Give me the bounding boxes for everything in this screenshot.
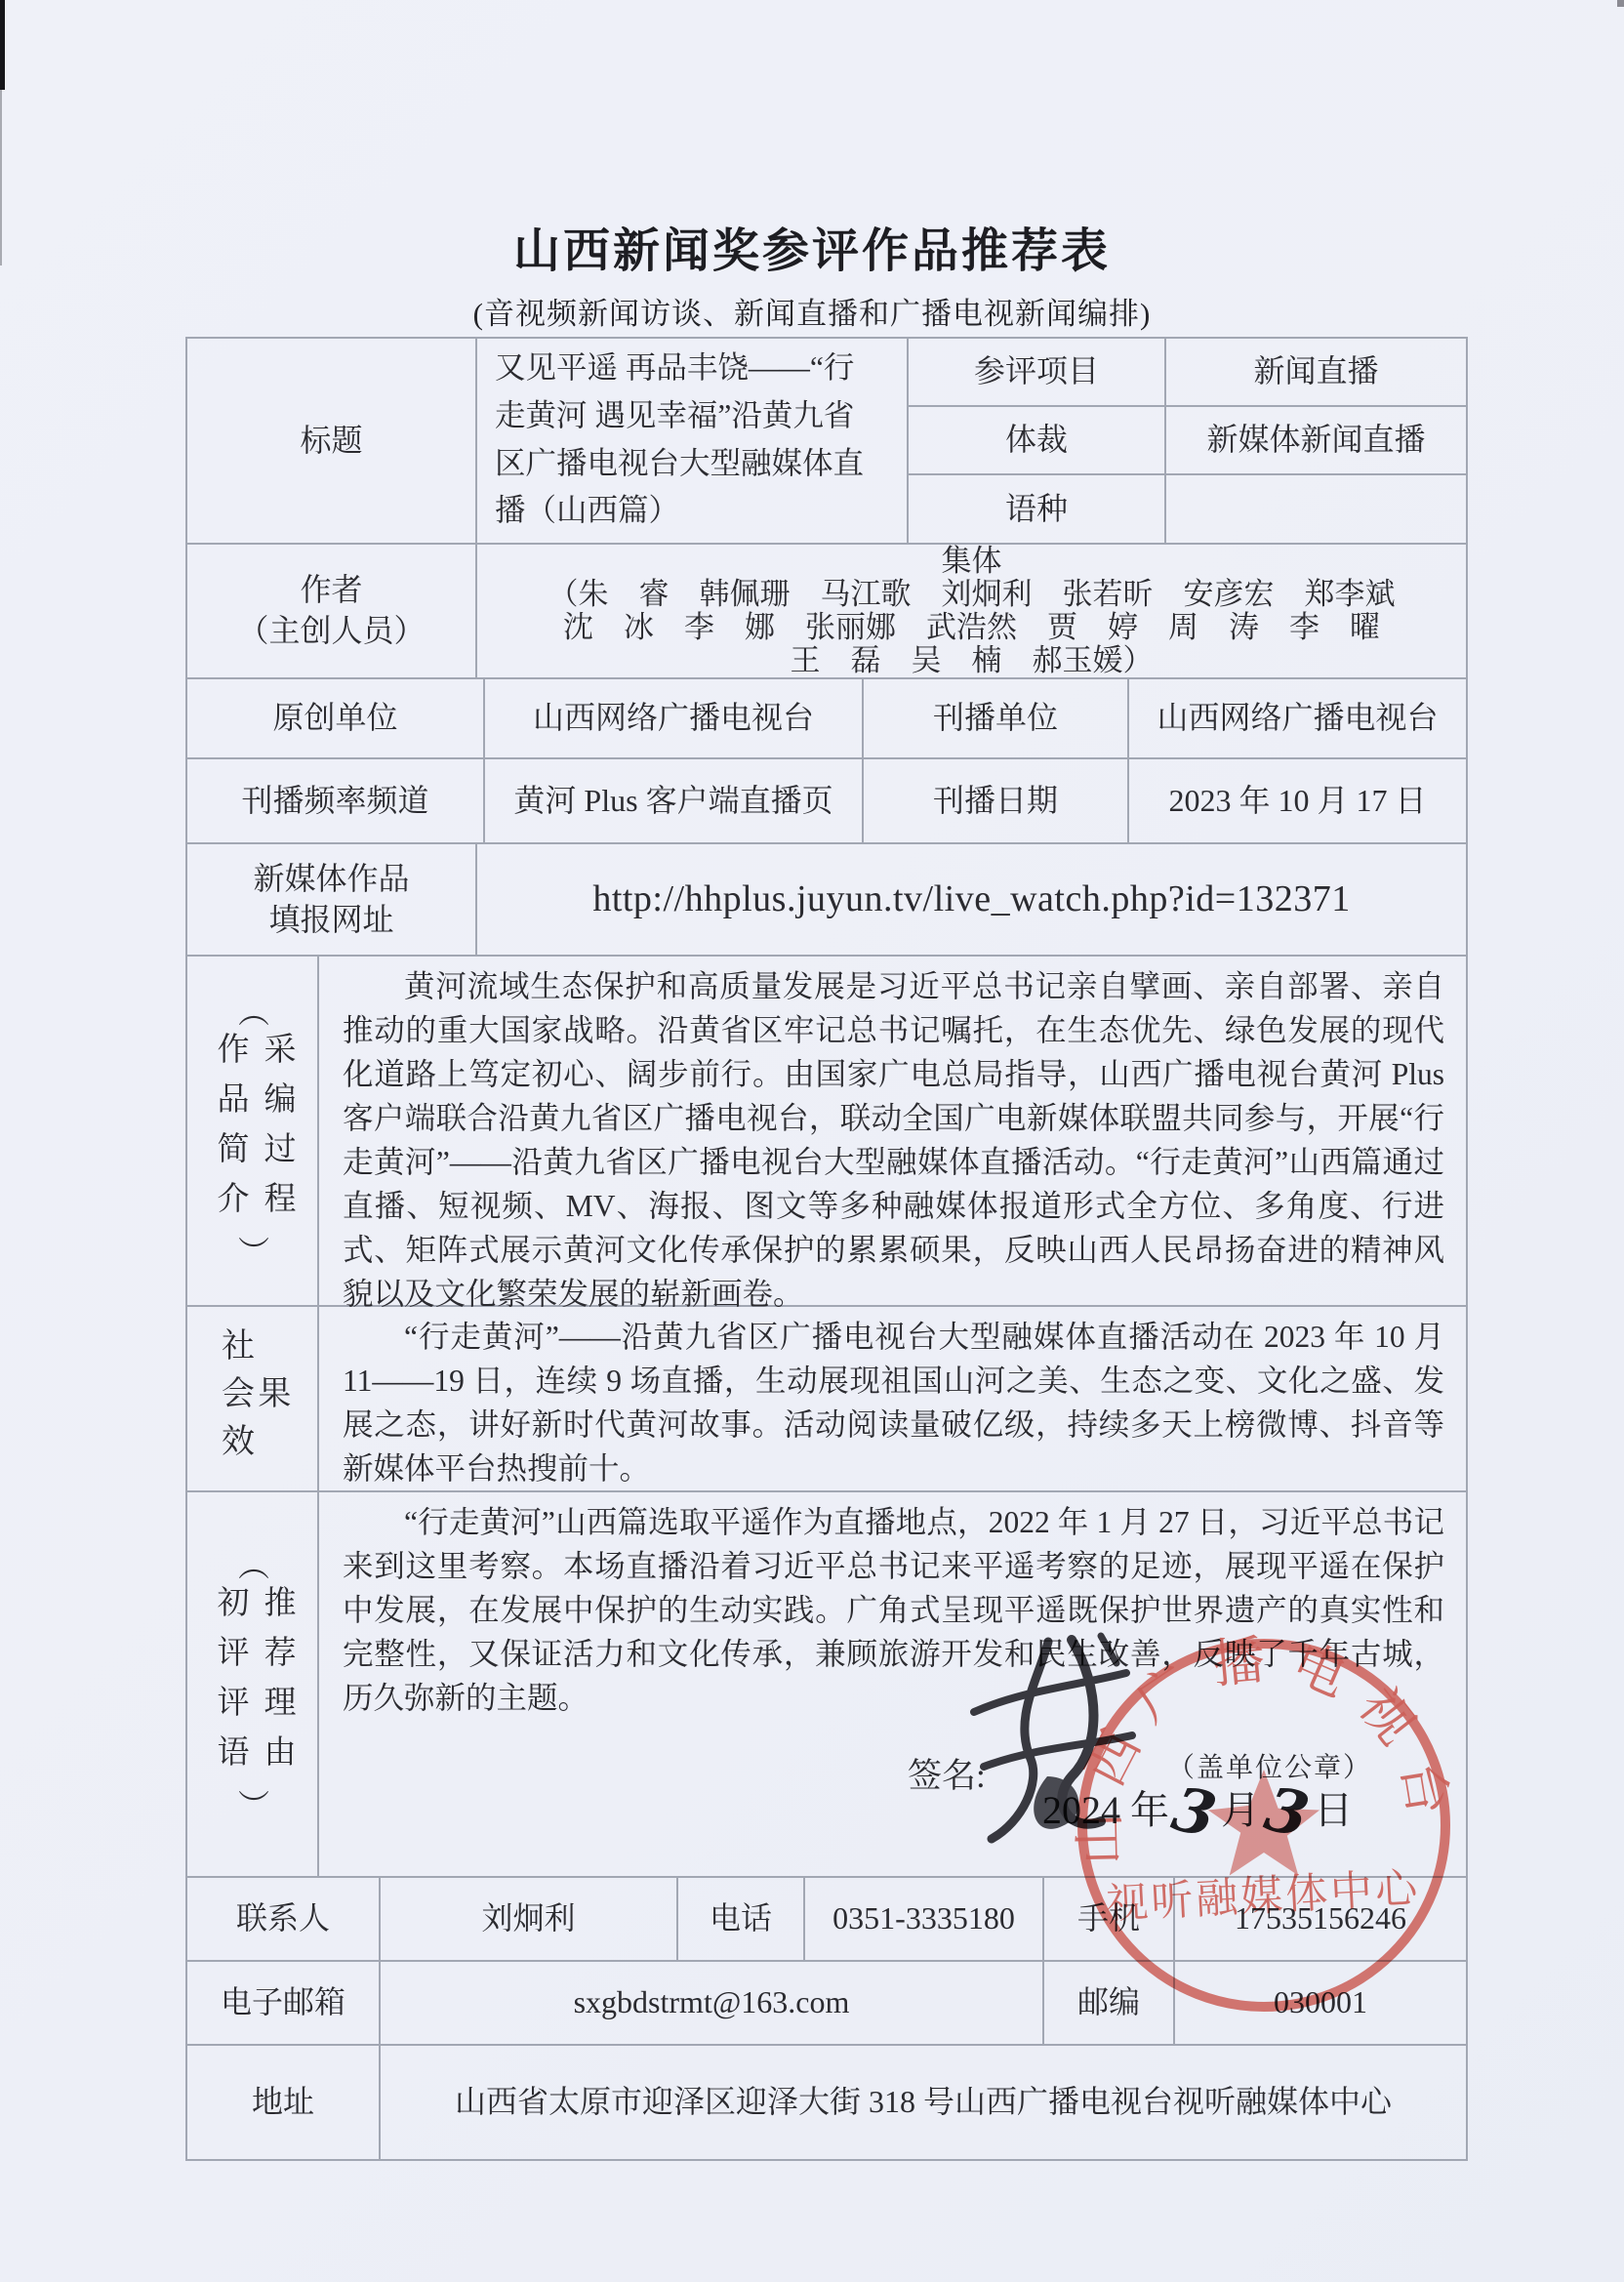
url-label: 新媒体作品 填报网址 <box>187 844 477 957</box>
row-title: 标题 又见平遥 再品丰饶——“行 走黄河 遇见幸福”沿黄九省 区广播电视台大型融… <box>187 339 1468 545</box>
row-authors: 作者 （主创人员） 集体 （朱 睿 韩佩珊 马江歌 刘炯利 张若昕 安彦宏 郑李… <box>187 545 1468 679</box>
review-label-col-b: 推荐理由 <box>258 1585 295 1784</box>
genre-value: 新媒体新闻直播 <box>1166 407 1468 475</box>
row-social: 社会效果 “行走黄河”——沿黄九省区广播电视台大型融媒体直播活动在 2023 年… <box>187 1307 1468 1492</box>
handwritten-signature <box>954 1630 1140 1864</box>
publish-date-label: 刊播日期 <box>864 759 1129 844</box>
intro-label: （ 作品简介 采编过程 ） <box>187 957 319 1307</box>
channel-value: 黄河 Plus 客户端直播页 <box>485 759 864 844</box>
email-label: 电子邮箱 <box>187 1962 381 2046</box>
scanned-form-page: 山西新闻奖参评作品推荐表 (音视频新闻访谈、新闻直播和广播电视新闻编排) 标题 … <box>0 0 1624 2282</box>
scan-edge-artifact <box>0 0 5 90</box>
authors-list: 集体 （朱 睿 韩佩珊 马江歌 刘炯利 张若昕 安彦宏 郑李斌 沈 冰 李 娜 … <box>477 545 1468 679</box>
row-intro: （ 作品简介 采编过程 ） 黄河流域生态保护和高质量发展是习近平总书记亲自擘画、… <box>187 957 1468 1307</box>
scan-corner-artifact <box>1617 0 1624 7</box>
page-subtitle: (音视频新闻访谈、新闻直播和广播电视新闻编排) <box>0 289 1624 333</box>
contact-label: 联系人 <box>187 1878 381 1962</box>
seal-star-icon <box>1208 1770 1319 1876</box>
review-paren-open: （ <box>235 1548 268 1579</box>
intro-label-col-b: 采编过程 <box>258 1032 295 1231</box>
seal-center-text: 视听融媒体中心 <box>1105 1866 1421 1929</box>
intro-paren-close: ） <box>235 1235 268 1266</box>
review-label: （ 初评评语 推荐理由 ） <box>187 1492 319 1878</box>
original-unit-label: 原创单位 <box>187 679 485 759</box>
review-paren-close: ） <box>235 1788 268 1819</box>
row-address: 地址 山西省太原市迎泽区迎泽大街 318 号山西广播电视台视听融媒体中心 <box>187 2046 1468 2161</box>
publish-unit-label: 刊播单位 <box>864 679 1129 759</box>
genre-label: 体裁 <box>909 407 1166 475</box>
intro-text: 黄河流域生态保护和高质量发展是习近平总书记亲自擘画、亲自部署、亲自推动的重大国家… <box>343 964 1444 1316</box>
channel-label: 刊播频率频道 <box>187 759 485 844</box>
url-value: http://hhplus.juyun.tv/live_watch.php?id… <box>477 844 1468 957</box>
page-title: 山西新闻奖参评作品推荐表 <box>0 213 1624 280</box>
row-channel-date: 刊播频率频道 黄河 Plus 客户端直播页 刊播日期 2023 年 10 月 1… <box>187 759 1468 844</box>
address-label: 地址 <box>187 2046 381 2161</box>
original-unit-value: 山西网络广播电视台 <box>485 679 864 759</box>
row-url: 新媒体作品 填报网址 http://hhplus.juyun.tv/live_w… <box>187 844 1468 957</box>
social-label: 社会效果 <box>216 1307 289 1490</box>
intro-paren-open: （ <box>235 995 268 1026</box>
entry-item-label: 参评项目 <box>909 339 1166 407</box>
email-value: sxgbdstrmt@163.com <box>381 1962 1044 2046</box>
authors-label: 作者 （主创人员） <box>187 545 477 679</box>
social-text: “行走黄河”——沿黄九省区广播电视台大型融媒体直播活动在 2023 年 10 月… <box>343 1315 1444 1490</box>
intro-text-cell: 黄河流域生态保护和高质量发展是习近平总书记亲自擘画、亲自部署、亲自推动的重大国家… <box>319 957 1468 1307</box>
social-label-cell: 社会效果 <box>187 1307 319 1492</box>
phone-label: 电话 <box>678 1878 805 1962</box>
language-label: 语种 <box>909 475 1166 545</box>
intro-label-col-a: 作品简介 <box>211 1032 248 1231</box>
address-value: 山西省太原市迎泽区迎泽大街 318 号山西广播电视台视听融媒体中心 <box>381 2046 1468 2161</box>
review-label-col-a: 初评评语 <box>211 1585 248 1784</box>
language-value <box>1166 475 1468 545</box>
contact-name: 刘炯利 <box>381 1878 678 1962</box>
title-content: 又见平遥 再品丰饶——“行 走黄河 遇见幸福”沿黄九省 区广播电视台大型融媒体直… <box>477 339 909 545</box>
entry-item-value: 新闻直播 <box>1166 339 1468 407</box>
title-label: 标题 <box>187 339 477 545</box>
publish-date-value: 2023 年 10 月 17 日 <box>1129 759 1468 844</box>
row-units: 原创单位 山西网络广播电视台 刊播单位 山西网络广播电视台 <box>187 679 1468 759</box>
social-text-cell: “行走黄河”——沿黄九省区广播电视台大型融媒体直播活动在 2023 年 10 月… <box>319 1307 1468 1492</box>
publish-unit-value: 山西网络广播电视台 <box>1129 679 1468 759</box>
phone-value: 0351-3335180 <box>805 1878 1044 1962</box>
